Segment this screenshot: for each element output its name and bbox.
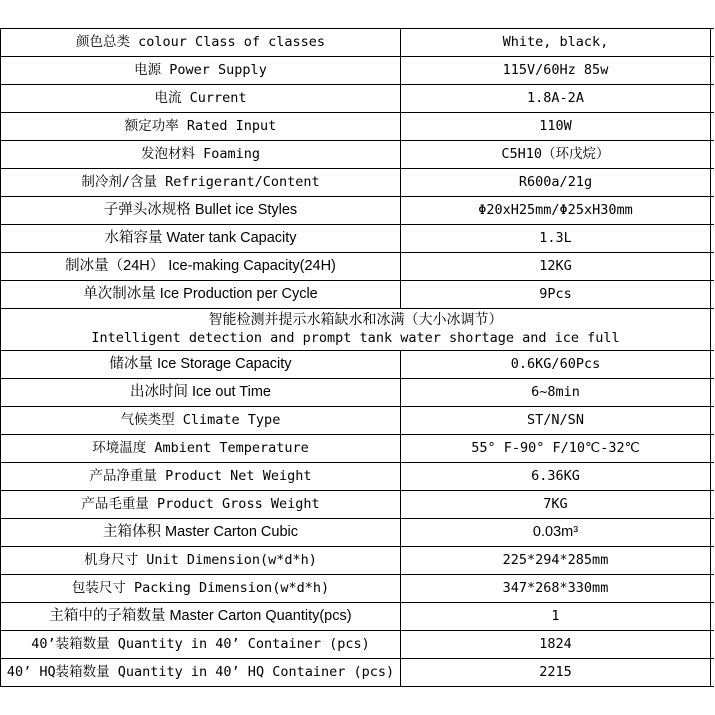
spec-label: 电源 Power Supply: [0, 57, 401, 84]
spec-label: 气候类型 Climate Type: [0, 407, 401, 434]
table-row: 单次制冰量 Ice Production per Cycle 9Pcs: [0, 281, 714, 309]
spec-value: R600a/21g: [401, 169, 711, 196]
spec-label: 子弹头冰规格 Bullet ice Styles: [0, 197, 401, 224]
spec-value: 0.03m³: [401, 519, 711, 546]
spec-label: 40’ HQ装箱数量 Quantity in 40’ HQ Container …: [0, 659, 401, 686]
table-row: 储冰量 Ice Storage Capacity 0.6KG/60Pcs: [0, 351, 714, 379]
spec-value: 115V/60Hz 85w: [401, 57, 711, 84]
spec-value: 347*268*330mm: [401, 575, 711, 602]
table-row: 制冰量（24H） Ice-making Capacity(24H) 12KG: [0, 253, 714, 281]
spec-value: 110W: [401, 113, 711, 140]
table-row: 电源 Power Supply 115V/60Hz 85w: [0, 57, 714, 85]
table-row: 气候类型 Climate Type ST/N/SN: [0, 407, 714, 435]
page: 颜色总类 colour Class of classes White, blac…: [0, 0, 715, 715]
table-row: 出冰时间 Ice out Time 6~8min: [0, 379, 714, 407]
spec-label: 储冰量 Ice Storage Capacity: [0, 351, 401, 378]
spec-value: 7KG: [401, 491, 711, 518]
spec-label: 机身尺寸 Unit Dimension(w*d*h): [0, 547, 401, 574]
table-row: 制冷剂/含量 Refrigerant/Content R600a/21g: [0, 169, 714, 197]
table-row: 产品毛重量 Product Gross Weight 7KG: [0, 491, 714, 519]
spec-value: 225*294*285mm: [401, 547, 711, 574]
smart-detection-note: 智能检测并提示水箱缺水和冰满（大小冰调节） Intelligent detect…: [0, 309, 711, 350]
spec-label: 主箱体积 Master Carton Cubic: [0, 519, 401, 546]
spec-value: 6.36KG: [401, 463, 711, 490]
table-row: 40’装箱数量 Quantity in 40’ Container (pcs) …: [0, 631, 714, 659]
table-row: 子弹头冰规格 Bullet ice Styles Φ20xH25mm/Φ25xH…: [0, 197, 714, 225]
table-row: 40’ HQ装箱数量 Quantity in 40’ HQ Container …: [0, 659, 714, 687]
spec-value: 2215: [401, 659, 711, 686]
spec-label: 产品净重量 Product Net Weight: [0, 463, 401, 490]
spec-label: 40’装箱数量 Quantity in 40’ Container (pcs): [0, 631, 401, 658]
spec-value: 6~8min: [401, 379, 711, 406]
spec-value: 1.8A-2A: [401, 85, 711, 112]
smart-detection-note-en: Intelligent detection and prompt tank wa…: [91, 331, 619, 346]
table-row: 发泡材料 Foaming C5H10（环戊烷）: [0, 141, 714, 169]
spec-label: 主箱中的子箱数量 Master Carton Quantity(pcs): [0, 603, 401, 630]
spec-value: 1: [401, 603, 711, 630]
table-row: 产品净重量 Product Net Weight 6.36KG: [0, 463, 714, 491]
spec-value: 0.6KG/60Pcs: [401, 351, 711, 378]
spec-label: 产品毛重量 Product Gross Weight: [0, 491, 401, 518]
spec-label: 制冰量（24H） Ice-making Capacity(24H): [0, 253, 401, 280]
spec-value: 55° F-90° F/10℃-32℃: [401, 435, 711, 462]
table-row: 电流 Current 1.8A-2A: [0, 85, 714, 113]
spec-value: White, black,: [401, 29, 711, 56]
spec-label: 单次制冰量 Ice Production per Cycle: [0, 281, 401, 308]
table-row: 机身尺寸 Unit Dimension(w*d*h) 225*294*285mm: [0, 547, 714, 575]
spec-value: 1.3L: [401, 225, 711, 252]
table-row-merged: 智能检测并提示水箱缺水和冰满（大小冰调节） Intelligent detect…: [0, 309, 714, 351]
spec-label: 制冷剂/含量 Refrigerant/Content: [0, 169, 401, 196]
table-row: 主箱体积 Master Carton Cubic 0.03m³: [0, 519, 714, 547]
table-row: 环境温度 Ambient Temperature 55° F-90° F/10℃…: [0, 435, 714, 463]
spec-label: 颜色总类 colour Class of classes: [0, 29, 401, 56]
spec-value: Φ20xH25mm/Φ25xH30mm: [401, 197, 711, 224]
table-row: 主箱中的子箱数量 Master Carton Quantity(pcs) 1: [0, 603, 714, 631]
spec-label: 发泡材料 Foaming: [0, 141, 401, 168]
table-row: 包装尺寸 Packing Dimension(w*d*h) 347*268*33…: [0, 575, 714, 603]
table-row: 颜色总类 colour Class of classes White, blac…: [0, 29, 714, 57]
table-row: 额定功率 Rated Input 110W: [0, 113, 714, 141]
spec-value: ST/N/SN: [401, 407, 711, 434]
spec-label: 出冰时间 Ice out Time: [0, 379, 401, 406]
spec-value: 12KG: [401, 253, 711, 280]
table-row: 水箱容量 Water tank Capacity 1.3L: [0, 225, 714, 253]
spec-label: 环境温度 Ambient Temperature: [0, 435, 401, 462]
spec-label: 额定功率 Rated Input: [0, 113, 401, 140]
spec-label: 水箱容量 Water tank Capacity: [0, 225, 401, 252]
spec-table: 颜色总类 colour Class of classes White, blac…: [0, 28, 714, 687]
spec-value: 1824: [401, 631, 711, 658]
spec-label: 包装尺寸 Packing Dimension(w*d*h): [0, 575, 401, 602]
spec-label: 电流 Current: [0, 85, 401, 112]
spec-value: C5H10（环戊烷）: [401, 141, 711, 168]
spec-value: 9Pcs: [401, 281, 711, 308]
smart-detection-note-zh: 智能检测并提示水箱缺水和冰满（大小冰调节）: [209, 313, 503, 328]
